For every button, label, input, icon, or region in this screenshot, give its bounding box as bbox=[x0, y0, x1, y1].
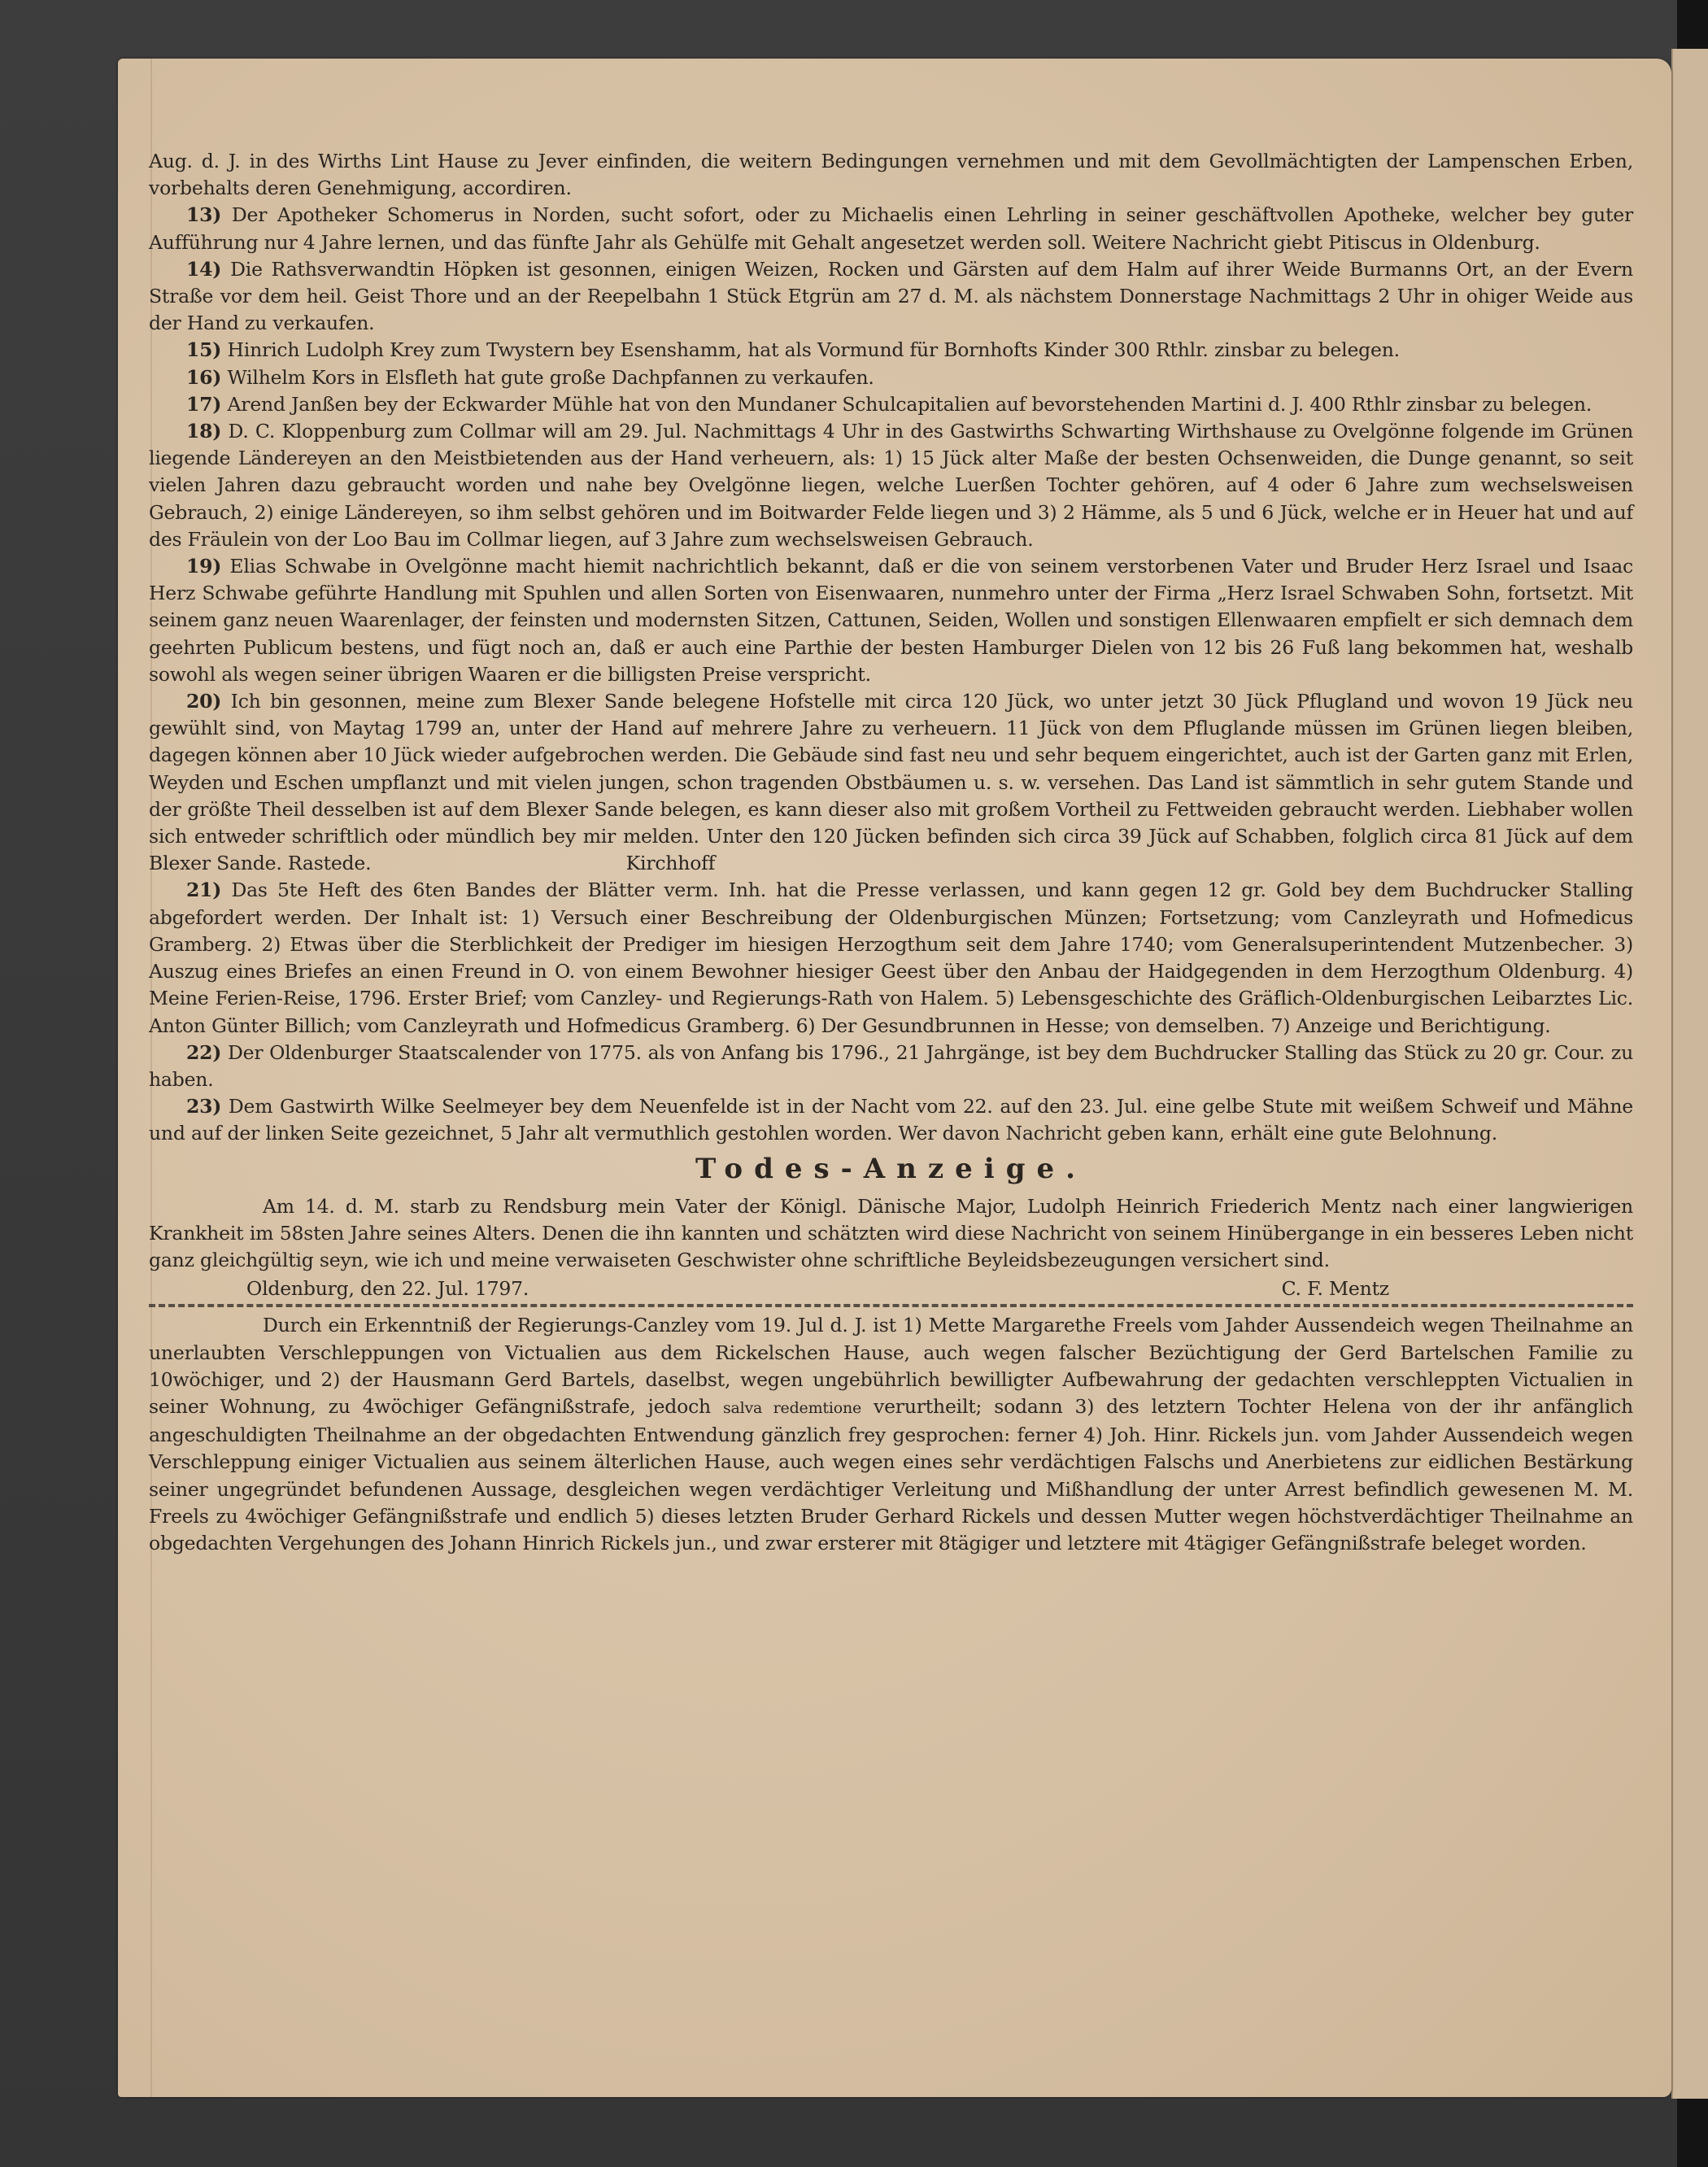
notice-signature: Kirchhoff bbox=[589, 850, 715, 877]
notice-number: 18) bbox=[186, 420, 221, 443]
notice-text: Der Oldenburger Staatscalender von 1775.… bbox=[149, 1041, 1633, 1091]
notice-number: 15) bbox=[186, 338, 221, 361]
notice-text: Elias Schwabe in Ovelgönne macht hiemit … bbox=[149, 555, 1633, 686]
death-notice-text: Am 14. d. M. starb zu Rendsburg mein Vat… bbox=[149, 1193, 1633, 1275]
notice-14: 14) Die Rathsverwandtin Höpken ist geson… bbox=[149, 256, 1633, 338]
notice-text: Ich bin gesonnen, meine zum Blexer Sande… bbox=[149, 690, 1633, 874]
notice-22: 22) Der Oldenburger Staatscalender von 1… bbox=[149, 1040, 1633, 1093]
notice-number: 13) bbox=[186, 203, 221, 226]
notice-number: 14) bbox=[186, 258, 221, 281]
notice-text: Aug. d. J. in des Wirths Lint Hause zu J… bbox=[149, 150, 1633, 199]
adjacent-page-edge bbox=[1671, 49, 1708, 2099]
newspaper-page: Aug. d. J. in des Wirths Lint Hause zu J… bbox=[118, 59, 1671, 2097]
notice-number: 20) bbox=[186, 690, 221, 713]
notice-21: 21) Das 5te Heft des 6ten Bandes der Blä… bbox=[149, 877, 1633, 1039]
notice-text: Arend Janßen bey der Eckwarder Mühle hat… bbox=[228, 393, 1593, 416]
notice-number: 16) bbox=[186, 366, 221, 389]
death-notice-place-date: Oldenburg, den 22. Jul. 1797. bbox=[246, 1275, 529, 1302]
decree-text-part2: verurtheilt; sodann 3) des letztern Toch… bbox=[149, 1395, 1633, 1554]
notice-12-continuation: Aug. d. J. in des Wirths Lint Hause zu J… bbox=[149, 148, 1633, 202]
section-divider bbox=[149, 1304, 1633, 1307]
notice-number: 21) bbox=[186, 879, 221, 901]
latin-phrase: salva redemtione bbox=[723, 1399, 861, 1417]
notice-number: 19) bbox=[186, 555, 221, 578]
notice-text: Das 5te Heft des 6ten Bandes der Blätter… bbox=[149, 879, 1633, 1036]
notice-20: 20) Ich bin gesonnen, meine zum Blexer S… bbox=[149, 688, 1633, 877]
death-notice-heading: Todes-Anzeige. bbox=[149, 1153, 1633, 1185]
notice-number: 17) bbox=[186, 393, 221, 416]
page-content: Aug. d. J. in des Wirths Lint Hause zu J… bbox=[149, 148, 1633, 1557]
notice-15: 15) Hinrich Ludolph Krey zum Twystern be… bbox=[149, 337, 1633, 364]
notice-16: 16) Wilhelm Kors in Elsfleth hat gute gr… bbox=[149, 364, 1633, 391]
notice-text: Wilhelm Kors in Elsfleth hat gute große … bbox=[228, 366, 874, 389]
notice-number: 22) bbox=[186, 1041, 221, 1064]
court-decree: Durch ein Erkenntniß der Regierungs-Canz… bbox=[149, 1312, 1633, 1557]
notice-19: 19) Elias Schwabe in Ovelgönne macht hie… bbox=[149, 553, 1633, 688]
notice-13: 13) Der Apotheker Schomerus in Norden, s… bbox=[149, 202, 1633, 255]
notice-18: 18) D. C. Kloppenburg zum Collmar will a… bbox=[149, 418, 1633, 553]
notice-text: Dem Gastwirth Wilke Seelmeyer bey dem Ne… bbox=[149, 1095, 1633, 1145]
notice-number: 23) bbox=[186, 1095, 221, 1118]
notice-text: D. C. Kloppenburg zum Collmar will am 29… bbox=[149, 420, 1633, 551]
notice-text: Die Rathsverwandtin Höpken ist gesonnen,… bbox=[149, 258, 1633, 334]
death-notice-signature: C. F. Mentz bbox=[1282, 1275, 1389, 1302]
death-notice-footer: Oldenburg, den 22. Jul. 1797. C. F. Ment… bbox=[149, 1275, 1633, 1302]
notice-text: Hinrich Ludolph Krey zum Twystern bey Es… bbox=[228, 338, 1400, 361]
notice-text: Der Apotheker Schomerus in Norden, sucht… bbox=[149, 203, 1633, 253]
notice-23: 23) Dem Gastwirth Wilke Seelmeyer bey de… bbox=[149, 1093, 1633, 1147]
notice-17: 17) Arend Janßen bey der Eckwarder Mühle… bbox=[149, 391, 1633, 418]
